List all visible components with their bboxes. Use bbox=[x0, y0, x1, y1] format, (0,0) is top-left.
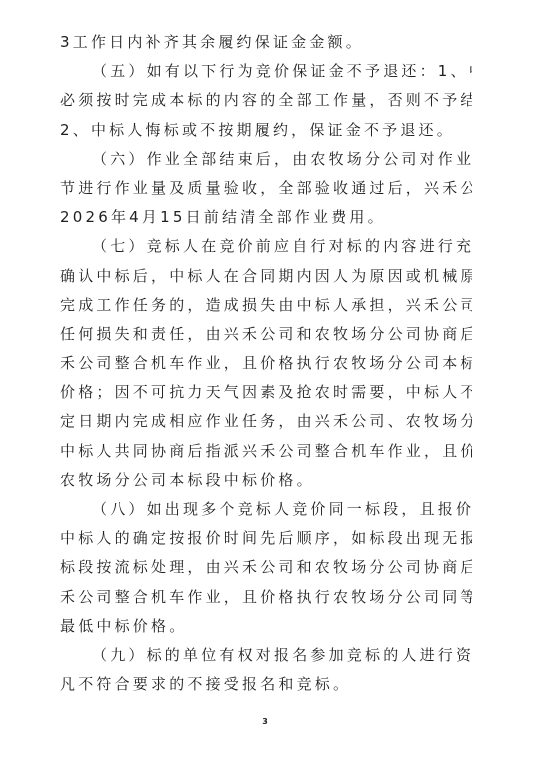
paragraph-first-line: （六）作业全部结束后，由农牧场分公司对作业全部环 bbox=[60, 145, 472, 174]
paragraph-line: 完成工作任务的，造成损失由中标人承担，兴禾公司不承担 bbox=[60, 291, 472, 320]
paragraph-first-line: （八）如出现多个竞标人竞价同一标段，且报价一致， bbox=[60, 495, 472, 524]
paragraph-first-line: （五）如有以下行为竞价保证金不予退还：1、中标人 bbox=[60, 57, 472, 86]
paragraph-line: 节进行作业量及质量验收，全部验收通过后，兴禾公司于 bbox=[60, 174, 472, 203]
paragraph-line: 中标人的确定按报价时间先后顺序，如标段出现无报价，此 bbox=[60, 524, 472, 553]
paragraph-line: 中标人共同协商后指派兴禾公司整合机车作业，且价格执行 bbox=[60, 437, 472, 466]
document-page: 3工作日内补齐其余履约保证金金额。（五）如有以下行为竞价保证金不予退还：1、中标… bbox=[0, 0, 534, 761]
page-number: 3 bbox=[259, 717, 271, 726]
paragraph-line: 凡不符合要求的不接受报名和竞标。 bbox=[60, 670, 472, 699]
paragraph-line: 2026年4月15日前结清全部作业费用。 bbox=[60, 203, 472, 232]
paragraph-line: 任何损失和责任，由兴禾公司和农牧场分公司协商后指派兴 bbox=[60, 320, 472, 349]
paragraph-line: 标段按流标处理，由兴禾公司和农牧场分公司协商后指派兴 bbox=[60, 553, 472, 582]
paragraph-line: 禾公司整合机车作业，且价格执行农牧场分公司本标段中标 bbox=[60, 349, 472, 378]
paragraph-line: 必须按时完成本标的内容的全部工作量，否则不予结算费用， bbox=[60, 86, 472, 115]
document-body: 3工作日内补齐其余履约保证金金额。（五）如有以下行为竞价保证金不予退还：1、中标… bbox=[60, 28, 472, 699]
paragraph-line: 农牧场分公司本标段中标价格。 bbox=[60, 466, 472, 495]
paragraph-line: 价格；因不可抗力天气因素及抢农时需要，中标人不能在规 bbox=[60, 378, 472, 407]
paragraph-line: 3工作日内补齐其余履约保证金金额。 bbox=[60, 28, 472, 57]
paragraph-line: 禾公司整合机车作业，且价格执行农牧场分公司同等标段的 bbox=[60, 583, 472, 612]
paragraph-first-line: （七）竞标人在竞价前应自行对标的内容进行充分了解， bbox=[60, 232, 472, 261]
paragraph-first-line: （九）标的单位有权对报名参加竞标的人进行资格审查， bbox=[60, 641, 472, 670]
paragraph-line: 定日期内完成相应作业任务，由兴禾公司、农牧场分公司及 bbox=[60, 407, 472, 436]
paragraph-line: 最低中标价格。 bbox=[60, 612, 472, 641]
paragraph-line: 确认中标后，中标人在合同期内因人为原因或机械原因未能 bbox=[60, 262, 472, 291]
paragraph-line: 2、中标人悔标或不按期履约，保证金不予退还。 bbox=[60, 116, 472, 145]
